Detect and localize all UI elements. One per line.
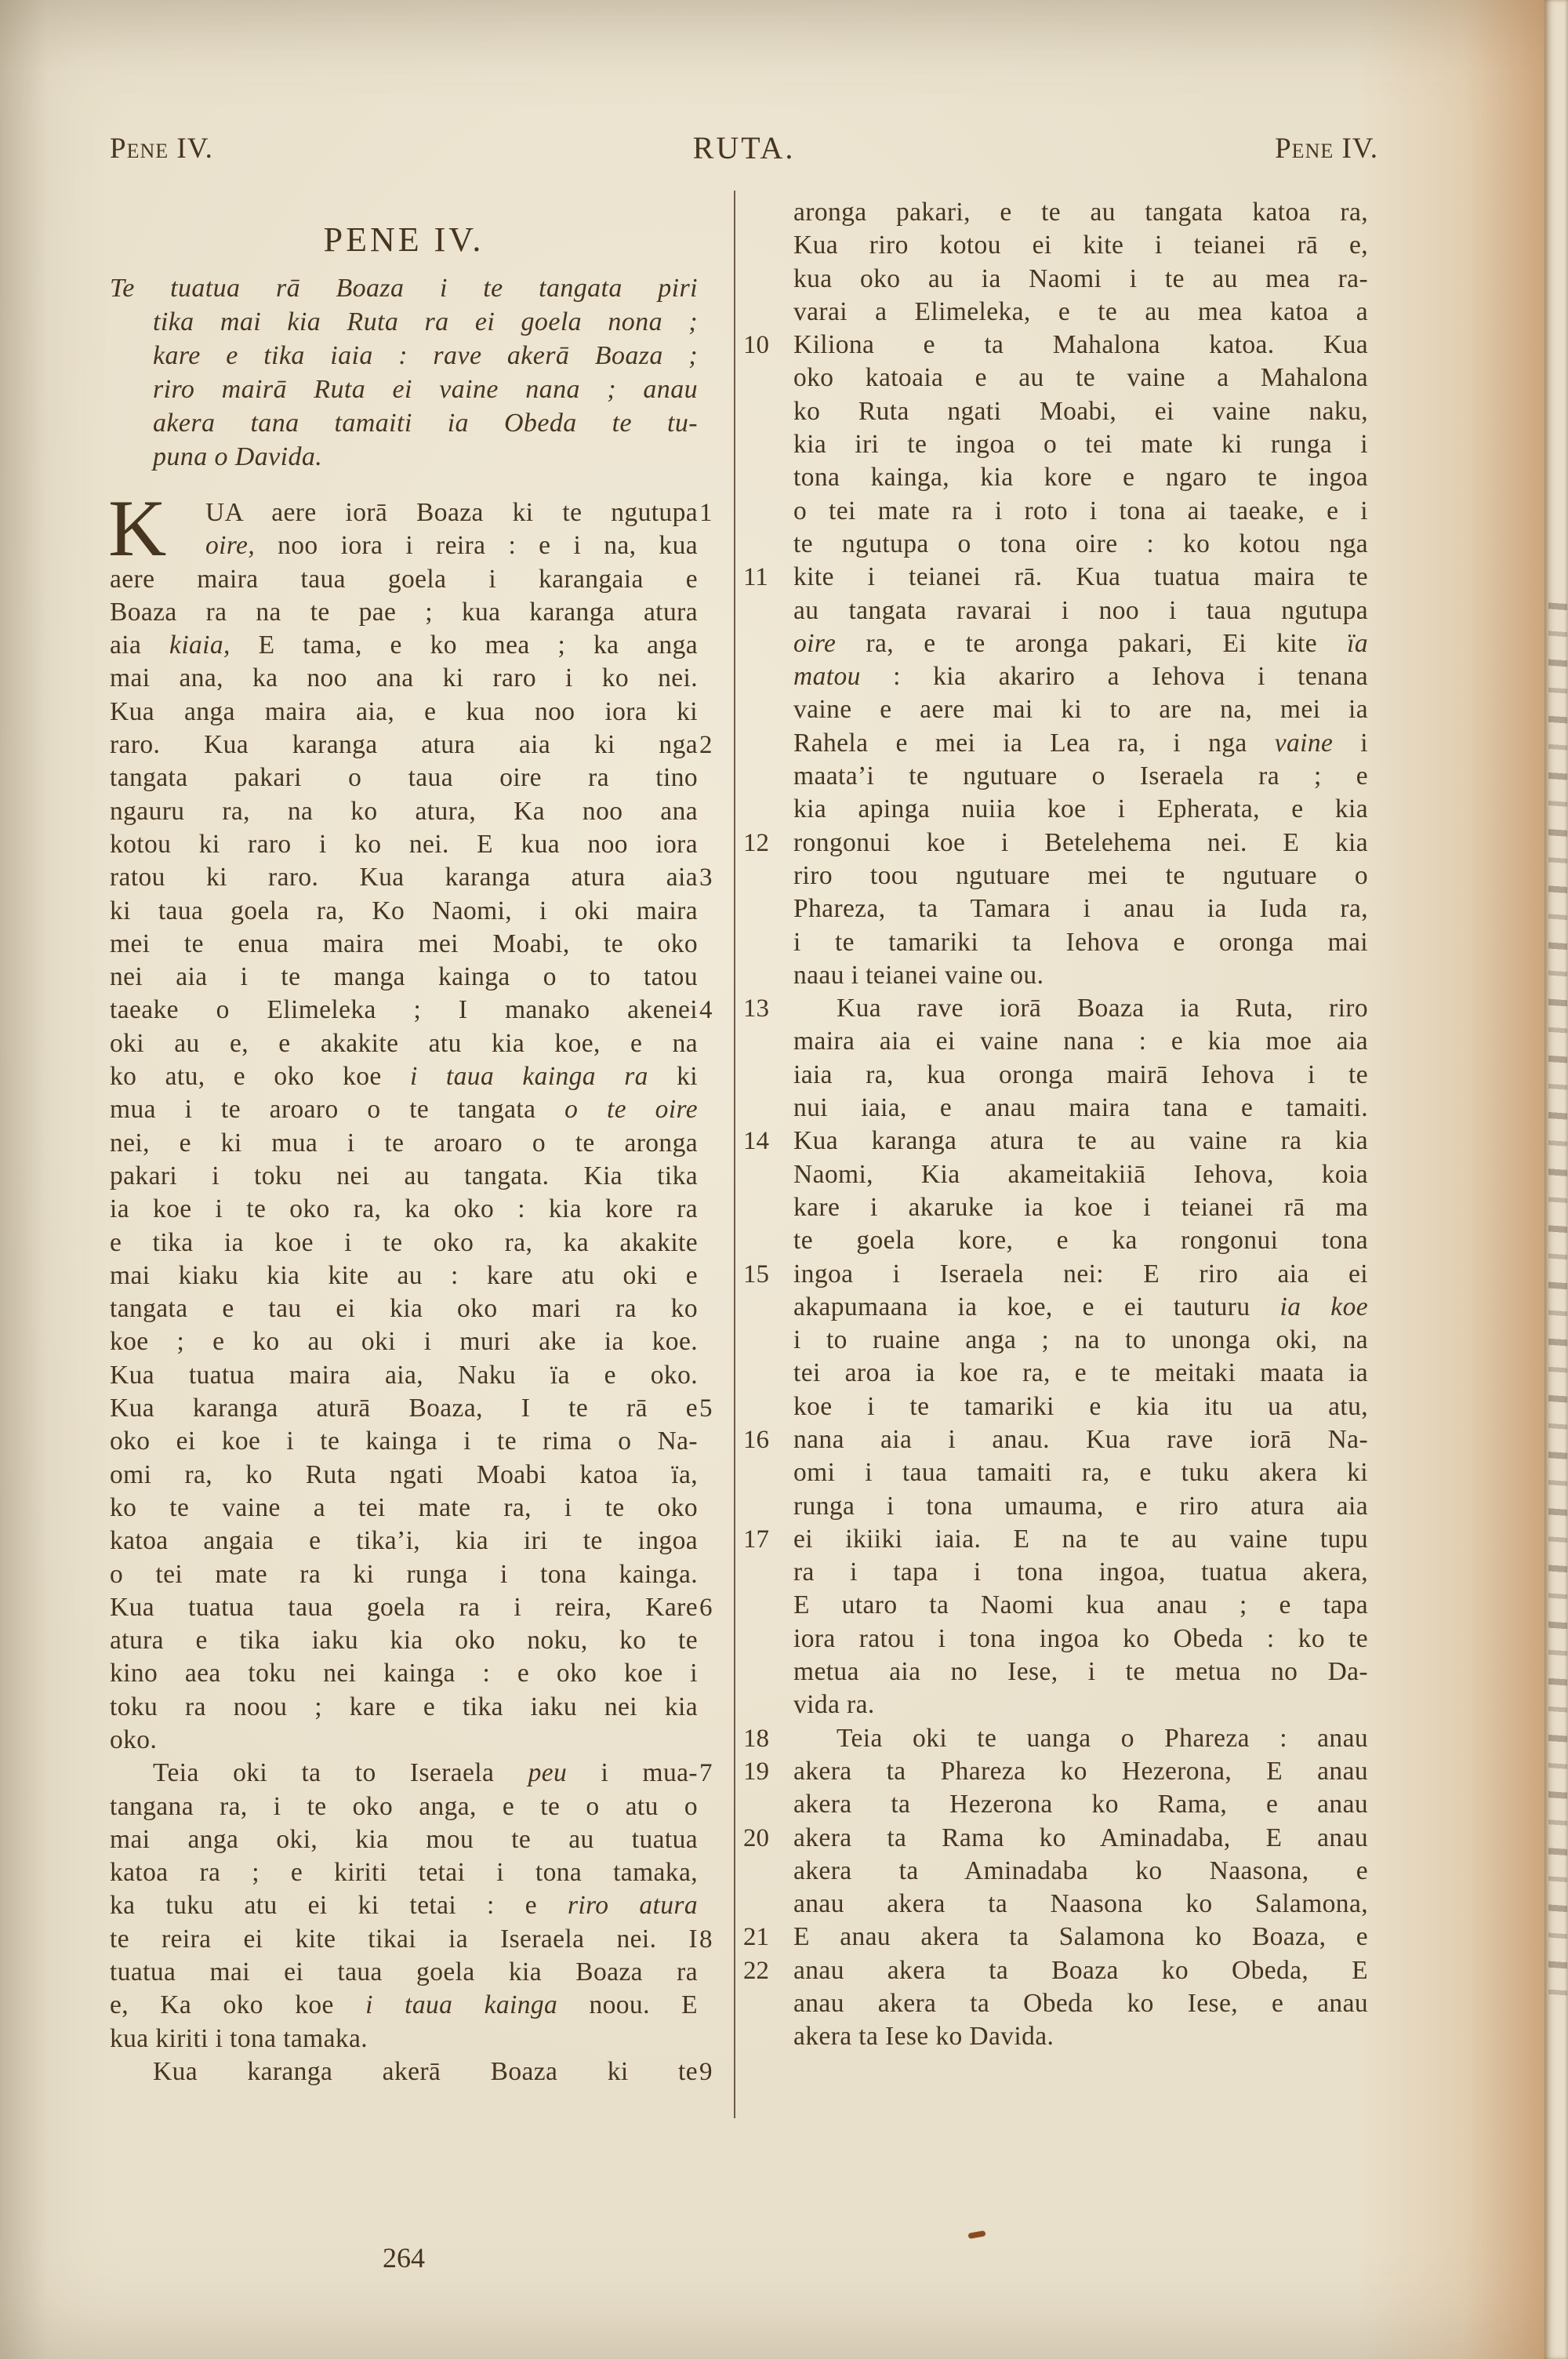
text-line: akera tana tamaiti ia Obeda te tu- (110, 406, 698, 440)
text-line: tona kainga, kia kore e ngaro te ingoa (793, 461, 1368, 494)
text-line: koe i te tamariki e kia itu ua atu, (793, 1390, 1368, 1423)
text-line: Boaza ra na te pae ; kua karanga atura (110, 596, 698, 629)
text-line: atura e tika iaku kia oko noku, ko te (110, 1624, 698, 1657)
text-line: ia koe i te oko ra, ka oko : kia kore ra (110, 1193, 698, 1226)
text-segment: maira aia ei vaine nana : e kia moe aia (793, 1027, 1368, 1056)
page-number: 264 (110, 2241, 698, 2274)
text-segment: ra, e te aronga pakari, Ei kite (836, 629, 1347, 658)
text-line: E anau akera ta Salamona ko Boaza, e21 (793, 1921, 1368, 1954)
text-segment: ko atu, e oko koe (110, 1062, 410, 1091)
text-line: mai anga oki, kia mou te au tuatua (110, 1823, 698, 1856)
text-line: akapumaana ia koe, e ei tauturu ia koe (793, 1291, 1368, 1324)
text-segment: Rahela e mei ia Lea ra, i nga (793, 729, 1275, 758)
verse-number: 3 (699, 861, 734, 894)
text-segment: o tei mate ra ki runga i tona kainga. (110, 1560, 698, 1589)
text-segment: omi i taua tamaiti ra, e tuku akera ki (793, 1458, 1368, 1487)
text-line: rongonui koe i Betelehema nei. E kia12 (793, 827, 1368, 860)
text-segment: aronga pakari, e te au tangata katoa ra, (793, 198, 1368, 227)
verse-number: 7 (699, 1757, 734, 1790)
text-line: katoa ra ; e kiriti tetai i tona tamaka, (110, 1856, 698, 1889)
text-line: au tangata ravarai i noo i taua ngutupa (793, 594, 1368, 627)
text-line: oire, noo iora i reira : e i na, kua (110, 529, 698, 562)
chapter-summary: Te tuatua rā Boaza i te tangata piritika… (110, 271, 698, 474)
text-line: kia apinga nuiia koe i Epherata, e kia (793, 793, 1368, 826)
text-line: akera ta Aminadaba ko Naasona, e (793, 1855, 1368, 1888)
text-line: tangata pakari o taua oire ra tino (110, 761, 698, 794)
text-segment: i to ruaine anga ; na to unonga oki, na (793, 1325, 1368, 1354)
text-segment: te goela kore, e ka rongonui tona (793, 1226, 1368, 1255)
italic-text: oire, (205, 531, 255, 560)
text-line: matou : kia akariro a Iehova i tenana (793, 660, 1368, 693)
text-segment: ingoa i Iseraela nei: E riro aia ei (793, 1259, 1368, 1289)
book-page: Pene IV. RUTA. Pene IV. PENE IV. Te tuat… (0, 0, 1568, 2359)
text-line: ko te vaine a tei mate ra, i te oko (110, 1492, 698, 1525)
text-segment: runga i tona umauma, e riro atura aia (793, 1492, 1368, 1521)
text-segment: mua i te aroaro o te tangata (110, 1095, 564, 1124)
text-segment: E anau akera ta Salamona ko Boaza, e (793, 1922, 1368, 1951)
text-segment: o tei mate ra i roto i tona ai taeake, e… (793, 496, 1368, 525)
verse-number: 11 (743, 561, 778, 594)
text-line: anau akera ta Boaza ko Obeda, E22 (793, 1954, 1368, 1987)
running-head: Pene IV. RUTA. Pene IV. (110, 132, 1378, 173)
text-line: tuatua mai ei taua goela kia Boaza ra (110, 1956, 698, 1989)
verse-number: 15 (743, 1258, 778, 1291)
text-line: oko ei koe i te kainga i te rima o Na- (110, 1425, 698, 1458)
text-line: te ngutupa o tona oire : ko kotou nga (793, 528, 1368, 561)
text-segment: mai ana, ka noo ana ki raro i ko nei. (110, 663, 698, 692)
text-segment: katoa angaia e tika’i, kia iri te ingoa (110, 1526, 698, 1555)
verse-number: 19 (743, 1755, 778, 1788)
text-line: e, Ka oko koe i taua kainga noou. E (110, 1989, 698, 2022)
text-segment: toku ra noou ; kare e tika iaku nei kia (110, 1692, 698, 1721)
text-segment: naau i teianei vaine ou. (793, 961, 1044, 990)
text-line: anau akera ta Naasona ko Salamona, (793, 1888, 1368, 1921)
text-segment: akera ta Phareza ko Hezerona, E anau (793, 1757, 1368, 1786)
text-segment: mai anga oki, kia mou te au tuatua (110, 1825, 698, 1854)
text-line: akera ta Hezerona ko Rama, e anau (793, 1788, 1368, 1821)
text-line: Kua karanga aturā Boaza, I te rā e5 (110, 1392, 698, 1425)
text-line: akera ta Rama ko Aminadaba, E anau20 (793, 1822, 1368, 1855)
text-segment: akera ta Hezerona ko Rama, e anau (793, 1790, 1368, 1819)
verse-number: 6 (699, 1591, 734, 1624)
text-segment: mei te enua maira mei Moabi, te oko (110, 929, 698, 958)
text-segment: ra i tapa i tona ingoa, tuatua akera, (793, 1558, 1368, 1587)
text-line: omi i taua tamaiti ra, e tuku akera ki (793, 1456, 1368, 1489)
text-segment: oko katoaia e au te vaine a Mahalona (793, 363, 1368, 392)
text-line: kua kiriti i tona tamaka. (110, 2023, 698, 2055)
text-segment: puna o Davida. (153, 442, 322, 471)
text-segment: ngauru ra, na ko atura, Ka noo ana (110, 797, 698, 826)
text-segment: iora ratou i tona ingoa ko Obeda : ko te (793, 1624, 1368, 1653)
text-segment: anau akera ta Obeda ko Iese, e anau (793, 1989, 1368, 2018)
text-segment: riro toou ngutuare mei te ngutuare o (793, 861, 1368, 890)
text-line: kino aea toku nei kainga : e oko koe i (110, 1657, 698, 1690)
verse-number: 21 (743, 1921, 778, 1954)
text-segment: vaine e aere mai ki to are na, mei ia (793, 695, 1368, 724)
text-segment: omi ra, ko Ruta ngati Moabi katoa ïa, (110, 1460, 698, 1489)
text-segment: ia koe i te oko ra, ka oko : kia kore ra (110, 1194, 698, 1223)
text-line: mai ana, ka noo ana ki raro i ko nei. (110, 662, 698, 695)
text-line: mei te enua maira mei Moabi, te oko (110, 928, 698, 961)
text-line: tangata e tau ei kia oko mari ra ko (110, 1292, 698, 1325)
text-segment: varai a Elimeleka, e te au mea katoa a (793, 297, 1368, 326)
italic-text: i taua kainga ra (410, 1062, 648, 1091)
text-segment: i te tamariki ta Iehova e oronga mai (793, 928, 1368, 957)
text-line: kare e tika iaia : rave akerā Boaza ; (110, 339, 698, 373)
text-segment: tangata pakari o taua oire ra tino (110, 763, 698, 792)
text-line: Rahela e mei ia Lea ra, i nga vaine i (793, 727, 1368, 760)
italic-text: riro atura (568, 1891, 698, 1920)
text-segment: akera ta Rama ko Aminadaba, E anau (793, 1823, 1368, 1852)
page-curl-shading (1356, 0, 1568, 2359)
text-segment: Kua karanga atura te au vaine ra kia (793, 1126, 1368, 1155)
text-line: toku ra noou ; kare e tika iaku nei kia (110, 1691, 698, 1724)
text-line: e tika ia koe i te oko ra, ka akakite (110, 1227, 698, 1259)
text-segment: kino aea toku nei kainga : e oko koe i (110, 1659, 698, 1688)
text-segment: e, Ka oko koe (110, 1990, 365, 2019)
text-line: oko katoaia e au te vaine a Mahalona (793, 362, 1368, 394)
text-line: aia kiaia, E tama, e ko mea ; ka anga (110, 629, 698, 662)
text-segment: noo iora i reira : e i na, kua (255, 531, 698, 560)
text-segment: E tama, e ko mea ; ka anga (230, 631, 698, 660)
facing-page-edge (1544, 0, 1568, 2359)
text-segment: mai kiaku kia kite au : kare atu oki e (110, 1261, 698, 1290)
text-line: raro. Kua karanga atura aia ki nga2 (110, 729, 698, 761)
facing-page-text-marks (1548, 580, 1567, 2008)
text-segment: kua kiriti i tona tamaka. (110, 2024, 368, 2053)
text-segment: UA aere iorā Boaza ki te ngutupa (205, 498, 698, 527)
text-segment: kua oko au ia Naomi i te au mea ra- (793, 264, 1368, 293)
text-line: iora ratou i tona ingoa ko Obeda : ko te (793, 1623, 1368, 1656)
verse-number: 8 (699, 1923, 734, 1956)
text-line: mai kiaku kia kite au : kare atu oki e (110, 1259, 698, 1292)
text-line: akera ta Iese ko Davida. (793, 2020, 1368, 2053)
text-column-left: UA aere iorā Boaza ki te ngutupa1oire, n… (110, 496, 698, 2088)
text-segment: oko ei koe i te kainga i te rima o Na- (110, 1427, 698, 1456)
text-line: vida ra. (793, 1688, 1368, 1721)
text-segment: riro mairā Ruta ei vaine nana ; anau (153, 375, 698, 404)
text-segment: aere maira taua goela i karangaia e (110, 565, 698, 594)
text-segment: nui iaia, e anau maira tana e tamaiti. (793, 1093, 1368, 1122)
text-segment: Naomi, Kia akameitakiiā Iehova, koia (793, 1160, 1368, 1189)
text-line: nana aia i anau. Kua rave iorā Na-16 (793, 1423, 1368, 1456)
text-segment: e tika ia koe i te oko ra, ka akakite (110, 1228, 698, 1257)
text-line: pakari i toku nei au tangata. Kia tika (110, 1160, 698, 1193)
italic-text: vaine (1275, 729, 1334, 758)
text-line: mua i te aroaro o te tangata o te oire (110, 1093, 698, 1126)
text-segment: ei ikiiki iaia. E na te au vaine tupu (793, 1525, 1368, 1554)
text-segment: tangata e tau ei kia oko mari ra ko (110, 1294, 698, 1323)
italic-text: o te oire (564, 1095, 698, 1124)
text-segment: kotou ki raro i ko nei. E kua noo iora (110, 830, 698, 859)
text-segment: Kua riro kotou ei kite i teianei rā e, (793, 231, 1368, 260)
text-line: kare i akaruke ia koe i teianei rā ma (793, 1191, 1368, 1224)
italic-text: kiaia, (169, 631, 230, 660)
verse-number: 1 (699, 496, 734, 529)
text-line: ko atu, e oko koe i taua kainga ra ki (110, 1060, 698, 1093)
verse-number: 20 (743, 1822, 778, 1855)
text-line: riro toou ngutuare mei te ngutuare o (793, 860, 1368, 892)
column-divider-rule (734, 191, 735, 2118)
text-segment: au tangata ravarai i noo i taua ngutupa (793, 596, 1368, 625)
text-line: Kua riro kotou ei kite i teianei rā e, (793, 229, 1368, 262)
text-line: omi ra, ko Ruta ngati Moabi katoa ïa, (110, 1459, 698, 1492)
italic-text: ïa (1347, 629, 1368, 658)
text-line: Kua rave iorā Boaza ia Ruta, riro13 (793, 992, 1368, 1025)
text-line: o tei mate ra i roto i tona ai taeake, e… (793, 495, 1368, 528)
text-line: ingoa i Iseraela nei: E riro aia ei15 (793, 1258, 1368, 1291)
text-line: te reira ei kite tikai ia Iseraela nei. … (110, 1923, 698, 1956)
text-line: Kua tuatua maira aia, Naku ïa e oko. (110, 1359, 698, 1392)
text-line: iaia ra, kua oronga mairā Iehova i te (793, 1059, 1368, 1092)
text-segment: akera ta Iese ko Davida. (793, 2022, 1054, 2051)
text-line: oko. (110, 1724, 698, 1757)
text-line: Kua karanga atura te au vaine ra kia14 (793, 1125, 1368, 1158)
text-segment: Teia oki ta to Iseraela (153, 1758, 528, 1787)
verse-number: 22 (743, 1954, 778, 1987)
text-segment: koe ; e ko au oki i muri ake ia koe. (110, 1327, 698, 1356)
text-line: UA aere iorā Boaza ki te ngutupa1 (110, 496, 698, 529)
text-segment: Kua karanga akerā Boaza ki te (153, 2057, 698, 2086)
verse-number: 13 (743, 992, 778, 1025)
text-line: vaine e aere mai ki to are na, mei ia (793, 693, 1368, 726)
verse-number: 16 (743, 1423, 778, 1456)
text-line: Kiliona e ta Mahalona katoa. Kua10 (793, 329, 1368, 362)
text-segment: vida ra. (793, 1690, 875, 1719)
text-line: kotou ki raro i ko nei. E kua noo iora (110, 828, 698, 861)
italic-text: ia koe (1279, 1292, 1368, 1321)
text-segment: katoa ra ; e kiriti tetai i tona tamaka, (110, 1858, 698, 1887)
text-segment: Te tuatua rā Boaza i te tangata piri (110, 274, 698, 303)
italic-text: matou (793, 662, 861, 691)
text-segment: Boaza ra na te pae ; kua karanga atura (110, 598, 698, 627)
text-segment: nana aia i anau. Kua rave iorā Na- (793, 1425, 1368, 1454)
text-segment: koe i te tamariki e kia itu ua atu, (793, 1392, 1368, 1421)
text-line: anau akera ta Obeda ko Iese, e anau (793, 1987, 1368, 2020)
text-segment: Kua anga maira aia, e kua noo iora ki (110, 697, 698, 726)
text-line: Te tuatua rā Boaza i te tangata piri (110, 271, 698, 305)
text-line: maata’i te ngutuare o Iseraela ra ; e (793, 760, 1368, 793)
text-segment: aia (110, 631, 169, 660)
text-line: maira aia ei vaine nana : e kia moe aia (793, 1025, 1368, 1058)
text-line: katoa angaia e tika’i, kia iri te ingoa (110, 1525, 698, 1558)
text-line: kia iri te ingoa o tei mate ki runga i (793, 428, 1368, 461)
verse-number: 5 (699, 1392, 734, 1425)
text-segment: kare e tika iaia : rave akerā Boaza ; (153, 341, 698, 370)
text-segment: Kua tuatua taua goela ra i reira, Kare (110, 1593, 698, 1622)
verse-number: 2 (699, 729, 734, 761)
text-segment: akera tana tamaiti ia Obeda te tu- (153, 409, 698, 438)
text-line: i to ruaine anga ; na to unonga oki, na (793, 1324, 1368, 1357)
text-line: ka tuku atu ei ki tetai : e riro atura (110, 1889, 698, 1922)
verse-number: 14 (743, 1125, 778, 1158)
verse-number: 9 (699, 2055, 734, 2088)
text-segment: kia apinga nuiia koe i Epherata, e kia (793, 794, 1368, 823)
text-line: riro mairā Ruta ei vaine nana ; anau (110, 373, 698, 406)
text-segment: Kua rave iorā Boaza ia Ruta, riro (837, 994, 1368, 1023)
text-segment: anau akera ta Boaza ko Obeda, E (793, 1956, 1368, 1985)
text-line: Kua karanga akerā Boaza ki te9 (110, 2055, 698, 2088)
text-segment: ka tuku atu ei ki tetai : e (110, 1891, 568, 1920)
text-segment: raro. Kua karanga atura aia ki nga (110, 730, 698, 759)
text-line: i te tamariki ta Iehova e oronga mai (793, 926, 1368, 959)
text-line: ra i tapa i tona ingoa, tuatua akera, (793, 1556, 1368, 1589)
text-line: Teia oki te uanga o Phareza : anau18 (793, 1722, 1368, 1755)
verse-number: 18 (743, 1722, 778, 1755)
text-line: Kua anga maira aia, e kua noo iora ki (110, 696, 698, 729)
text-segment: metua aia no Iese, i te metua no Da- (793, 1657, 1368, 1686)
text-segment: ki taua goela ra, Ko Naomi, i oki maira (110, 896, 698, 925)
text-line: koe ; e ko au oki i muri ake ia koe. (110, 1325, 698, 1358)
text-line: E utaro ta Naomi kua anau ; e tapa (793, 1589, 1368, 1622)
text-segment: te ngutupa o tona oire : ko kotou nga (793, 529, 1368, 558)
text-line: metua aia no Iese, i te metua no Da- (793, 1656, 1368, 1688)
text-line: runga i tona umauma, e riro atura aia (793, 1490, 1368, 1523)
text-segment: Kua tuatua maira aia, Naku ïa e oko. (110, 1361, 698, 1390)
text-segment: maata’i te ngutuare o Iseraela ra ; e (793, 761, 1368, 791)
text-line: Kua tuatua taua goela ra i reira, Kare6 (110, 1591, 698, 1624)
text-line: akera ta Phareza ko Hezerona, E anau19 (793, 1755, 1368, 1788)
text-segment: rongonui koe i Betelehema nei. E kia (793, 828, 1368, 857)
text-segment: Teia oki te uanga o Phareza : anau (837, 1724, 1368, 1753)
text-line: puna o Davida. (110, 440, 698, 474)
text-segment: taeake o Elimeleka ; I manako akenei (110, 995, 698, 1024)
text-segment: akapumaana ia koe, e ei tauturu (793, 1292, 1279, 1321)
text-segment: : kia akariro a Iehova i tenana (861, 662, 1368, 691)
text-line: oki au e, e akakite atu kia koe, e na (110, 1027, 698, 1060)
italic-text: i taua kainga (365, 1990, 557, 2019)
text-segment: E utaro ta Naomi kua anau ; e tapa (793, 1590, 1368, 1619)
text-segment: noou. E (557, 1990, 698, 2019)
text-segment: Kiliona e ta Mahalona katoa. Kua (793, 330, 1368, 359)
text-line: aronga pakari, e te au tangata katoa ra, (793, 196, 1368, 229)
text-segment: tona kainga, kia kore e ngaro te ingoa (793, 463, 1368, 492)
verse-number: 4 (699, 994, 734, 1027)
text-segment: tuatua mai ei taua goela kia Boaza ra (110, 1957, 698, 1986)
text-segment: atura e tika iaku kia oko noku, ko te (110, 1626, 698, 1655)
text-segment: iaia ra, kua oronga mairā Iehova i te (793, 1060, 1368, 1089)
text-line: nui iaia, e anau maira tana e tamaiti. (793, 1092, 1368, 1125)
running-head-title: RUTA. (110, 129, 1378, 166)
text-segment: kite i teianei rā. Kua tuatua maira te (793, 562, 1368, 591)
chapter-heading: PENE IV. (110, 220, 698, 260)
text-line: te goela kore, e ka rongonui tona (793, 1224, 1368, 1257)
text-line: Naomi, Kia akameitakiiā Iehova, koia (793, 1158, 1368, 1191)
text-line: nei aia i te manga kainga o to tatou (110, 961, 698, 994)
text-segment: tangana ra, i te oko anga, e te o atu o (110, 1792, 698, 1821)
text-line: Teia oki ta to Iseraela peu i mua-7 (110, 1757, 698, 1790)
text-line: ko Ruta ngati Moabi, ei vaine naku, (793, 395, 1368, 428)
text-line: ei ikiiki iaia. E na te au vaine tupu17 (793, 1523, 1368, 1556)
text-line: ngauru ra, na ko atura, Ka noo ana (110, 795, 698, 828)
text-line: kua oko au ia Naomi i te au mea ra- (793, 263, 1368, 296)
text-line: kite i teianei rā. Kua tuatua maira te11 (793, 561, 1368, 594)
text-segment: oko. (110, 1725, 157, 1754)
text-line: aere maira taua goela i karangaia e (110, 563, 698, 596)
text-segment: pakari i toku nei au tangata. Kia tika (110, 1161, 698, 1190)
text-segment: ratou ki raro. Kua karanga atura aia (110, 863, 698, 892)
text-column-right: aronga pakari, e te au tangata katoa ra,… (793, 196, 1368, 2054)
ink-blemish (968, 2230, 986, 2239)
text-line: ratou ki raro. Kua karanga atura aia3 (110, 861, 698, 894)
text-segment: nei, e ki mua i te aroaro o te aronga (110, 1129, 698, 1158)
text-line: taeake o Elimeleka ; I manako akenei4 (110, 994, 698, 1027)
text-line: ki taua goela ra, Ko Naomi, i oki maira (110, 895, 698, 928)
text-line: tei aroa ia koe ra, e te meitaki maata i… (793, 1357, 1368, 1390)
text-segment: tei aroa ia koe ra, e te meitaki maata i… (793, 1358, 1368, 1387)
drop-cap: K (108, 489, 166, 568)
text-line: naau i teianei vaine ou. (793, 959, 1368, 992)
text-segment: nei aia i te manga kainga o to tatou (110, 962, 698, 991)
text-segment: ko Ruta ngati Moabi, ei vaine naku, (793, 397, 1368, 426)
italic-text: oire (793, 629, 836, 658)
text-segment: i (1333, 729, 1368, 758)
verse-number: 17 (743, 1523, 778, 1556)
text-segment: ko te vaine a tei mate ra, i te oko (110, 1493, 698, 1522)
text-segment: anau akera ta Naasona ko Salamona, (793, 1889, 1368, 1918)
text-segment: Kua karanga aturā Boaza, I te rā e (110, 1394, 698, 1423)
text-line: tangana ra, i te oko anga, e te o atu o (110, 1790, 698, 1823)
text-segment: te reira ei kite tikai ia Iseraela nei. … (110, 1925, 698, 1954)
verse-number: 10 (743, 329, 778, 362)
text-segment: tika mai kia Ruta ra ei goela nona ; (153, 307, 698, 336)
text-line: o tei mate ra ki runga i tona kainga. (110, 1558, 698, 1591)
text-line: oire ra, e te aronga pakari, Ei kite ïa (793, 627, 1368, 660)
text-segment: ki (648, 1062, 698, 1091)
text-line: tika mai kia Ruta ra ei goela nona ; (110, 305, 698, 339)
text-segment: kare i akaruke ia koe i teianei rā ma (793, 1193, 1368, 1222)
text-segment: i mua- (567, 1758, 698, 1787)
running-head-right: Pene IV. (1275, 132, 1378, 165)
text-segment: oki au e, e akakite atu kia koe, e na (110, 1029, 698, 1058)
text-line: nei, e ki mua i te aroaro o te aronga (110, 1127, 698, 1160)
italic-text: peu (528, 1758, 568, 1787)
text-segment: Phareza, ta Tamara i anau ia Iuda ra, (793, 894, 1368, 923)
text-segment: akera ta Aminadaba ko Naasona, e (793, 1856, 1368, 1885)
text-line: Phareza, ta Tamara i anau ia Iuda ra, (793, 892, 1368, 925)
text-segment: kia iri te ingoa o tei mate ki runga i (793, 430, 1368, 459)
verse-number: 12 (743, 827, 778, 860)
text-line: varai a Elimeleka, e te au mea katoa a (793, 296, 1368, 329)
